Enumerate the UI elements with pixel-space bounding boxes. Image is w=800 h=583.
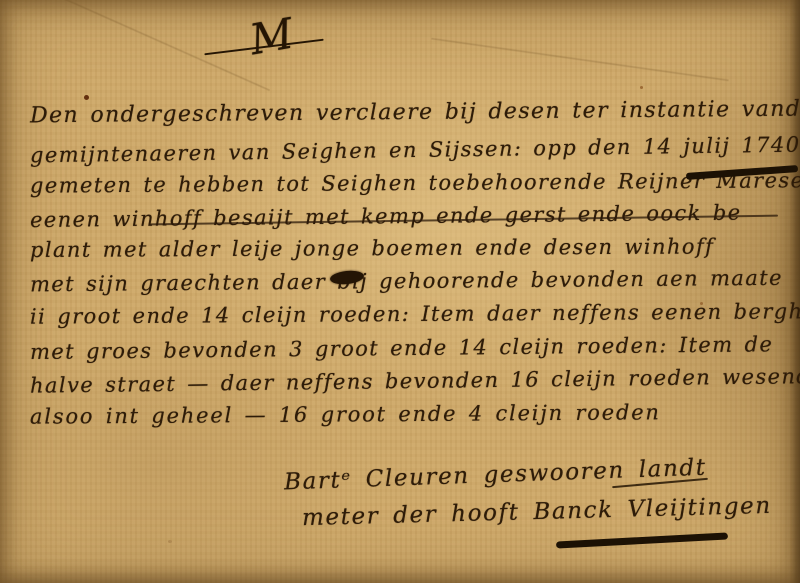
- paper-speck: [168, 540, 172, 543]
- signature-underline: [556, 533, 728, 549]
- paper-edge-shadow: [790, 0, 800, 583]
- manuscript-line: gemijntenaeren van Seighen en Sijssen: o…: [30, 130, 790, 171]
- manuscript-line: Den ondergeschreven verclaere bij desen …: [30, 95, 790, 132]
- paper-crease: [431, 37, 728, 82]
- paper-speck: [84, 95, 89, 100]
- manuscript-line: alsoo int geheel — 16 groot ende 4 cleij…: [30, 396, 790, 431]
- header-monogram-mark: M: [246, 9, 297, 65]
- manuscript-line: met groes bevonden 3 groot ende 14 cleij…: [30, 329, 790, 367]
- manuscript-line: halve straet — daer neffens bevonden 16 …: [30, 361, 790, 400]
- manuscript-line: ii groot ende 14 cleijn roeden: Item dae…: [30, 296, 790, 331]
- signature-line: Bartᵉ Cleuren geswooren landt: [284, 455, 707, 496]
- paper-speck: [700, 302, 703, 305]
- paper-speck: [640, 86, 643, 89]
- manuscript-line: plant met alder leije jonge boemen ende …: [30, 231, 790, 265]
- manuscript-photo: M Den ondergeschreven verclaere bij dese…: [0, 0, 800, 583]
- signature-line: meter der hooft Banck Vleijtingen: [302, 493, 772, 531]
- paper-crease: [50, 0, 270, 92]
- manuscript-line: gemeten te hebben tot Seighen toebehoore…: [30, 165, 790, 200]
- manuscript-line: met sijn graechten daer bij gehoorende b…: [30, 263, 790, 300]
